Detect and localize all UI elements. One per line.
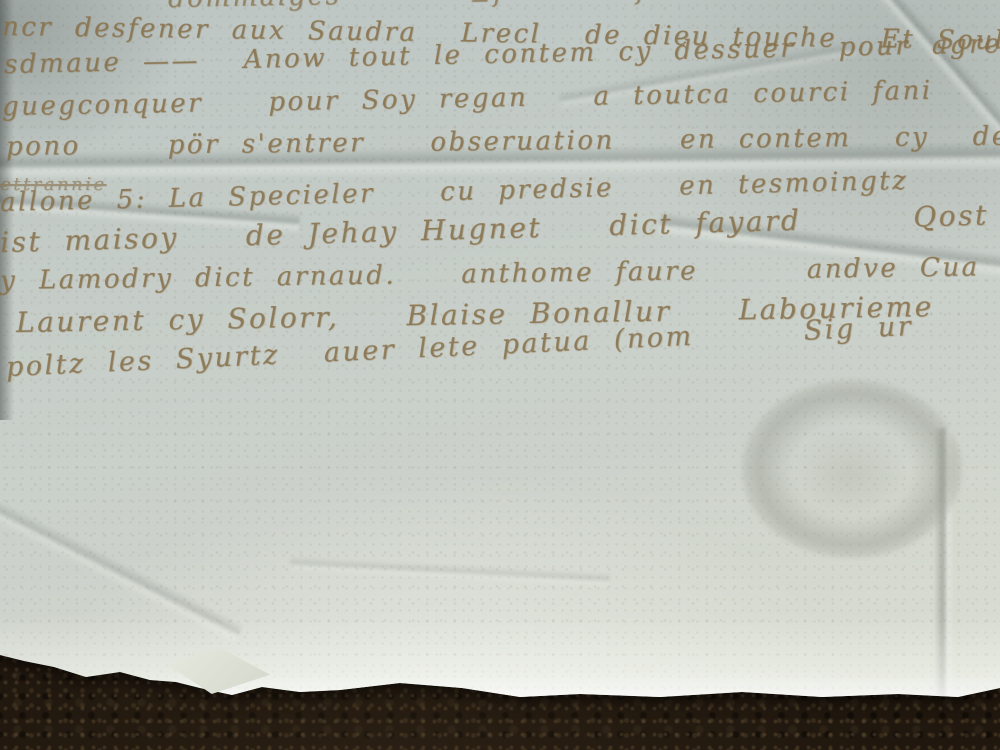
manuscript-line: pono pör s'entrer obseruation en contem … <box>6 121 1000 162</box>
manuscript-line: dommaiges Ef fo le tons mse denos ar u <box>168 0 1000 14</box>
parchment-sheet: dommaiges Ef fo le tons mse denos ar u n… <box>0 0 1000 750</box>
manuscript-line: guegconquer pour Soy regan a toutca cour… <box>2 71 1000 122</box>
parchment-wrap: dommaiges Ef fo le tons mse denos ar u n… <box>0 0 1000 750</box>
photo-of-manuscript: dommaiges Ef fo le tons mse denos ar u n… <box>0 0 1000 750</box>
handwriting-layer: dommaiges Ef fo le tons mse denos ar u n… <box>0 0 1000 750</box>
manuscript-line: y Lamodry dict arnaud. anthome faure and… <box>0 252 980 296</box>
